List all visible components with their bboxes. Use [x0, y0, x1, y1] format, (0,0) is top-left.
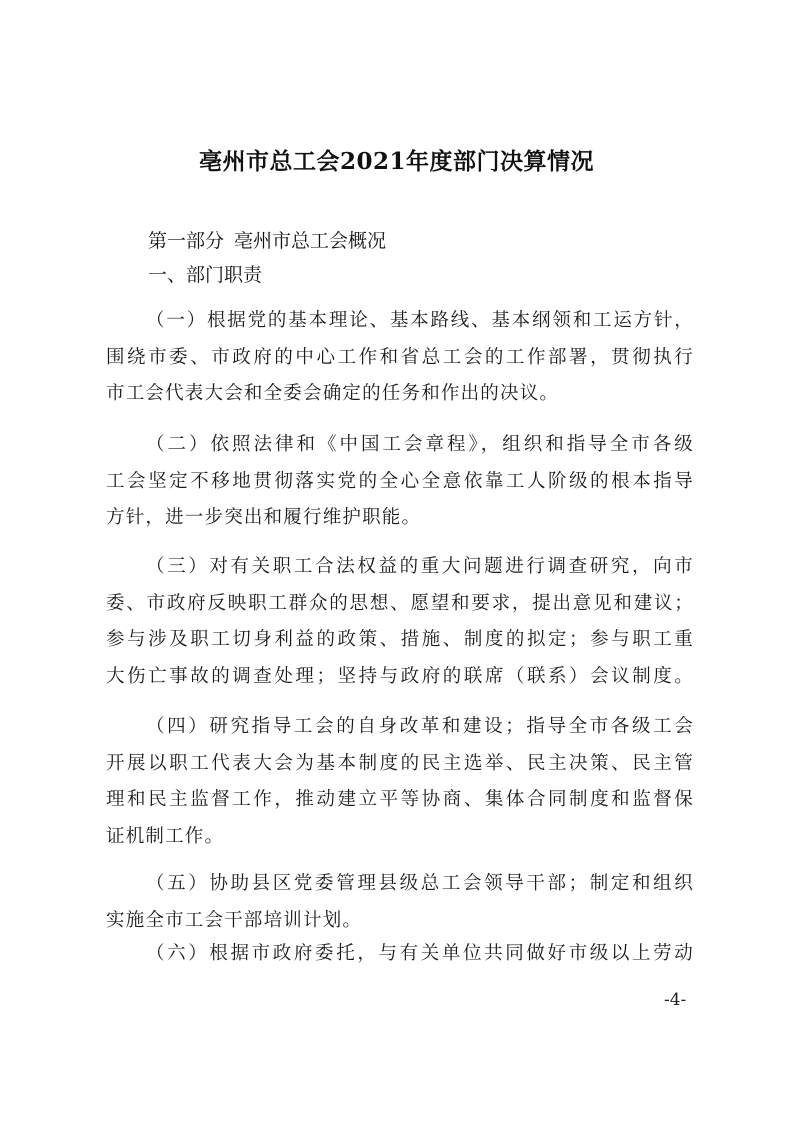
part-name: 亳州市总工会概况 [234, 230, 386, 252]
paragraph-line: （六）根据市政府委托，与有关单位共同做好市级以上劳动 [106, 936, 694, 973]
paragraph-line: 委、市政府反映职工群众的思想、愿望和要求，提出意见和建议； [106, 586, 694, 623]
paragraph-line: 理和民主监督工作，推动建立平等协商、集体合同制度和监督保 [106, 782, 694, 819]
paragraph-duty-4: （四）研究指导工会的自身改革和建设；指导全市各级工会 开展以职工代表大会为基本制… [106, 709, 694, 855]
section-heading: 一、部门职责 [148, 262, 262, 288]
paragraph-line: （四）研究指导工会的自身改革和建设；指导全市各级工会 [106, 709, 694, 746]
paragraph-duty-1: （一）根据党的基本理论、基本路线、基本纲领和工运方针， 围绕市委、市政府的中心工… [106, 303, 694, 413]
paragraph-line: 方针，进一步突出和履行维护职能。 [106, 500, 694, 537]
paragraph-line: 开展以职工代表大会为基本制度的民主选举、民主决策、民主管 [106, 746, 694, 783]
paragraph-line: 大伤亡事故的调查处理；坚持与政府的联席（联系）会议制度。 [106, 659, 694, 696]
part-label: 第一部分 [148, 230, 224, 252]
paragraph-duty-5: （五）协助县区党委管理县级总工会领导干部；制定和组织 实施全市工会干部培训计划。 [106, 866, 694, 939]
part-heading: 第一部分亳州市总工会概况 [148, 228, 386, 254]
paragraph-line: 实施全市工会干部培训计划。 [106, 903, 694, 940]
paragraph-line: （三）对有关职工合法权益的重大问题进行调查研究，向市 [106, 549, 694, 586]
page-number: -4- [664, 990, 686, 1010]
paragraph-duty-2: （二）依照法律和《中国工会章程》，组织和指导全市各级 工会坚定不移地贯彻落实党的… [106, 427, 694, 537]
paragraph-line: 参与涉及职工切身利益的政策、措施、制度的拟定；参与职工重 [106, 622, 694, 659]
paragraph-duty-3: （三）对有关职工合法权益的重大问题进行调查研究，向市 委、市政府反映职工群众的思… [106, 549, 694, 695]
paragraph-duty-6: （六）根据市政府委托，与有关单位共同做好市级以上劳动 [106, 936, 694, 973]
document-title: 亳州市总工会2021年度部门决算情况 [0, 146, 793, 178]
paragraph-line: 工会坚定不移地贯彻落实党的全心全意依靠工人阶级的根本指导 [106, 464, 694, 501]
paragraph-line: （五）协助县区党委管理县级总工会领导干部；制定和组织 [106, 866, 694, 903]
paragraph-line: 证机制工作。 [106, 819, 694, 856]
paragraph-line: （一）根据党的基本理论、基本路线、基本纲领和工运方针， [106, 303, 694, 340]
paragraph-line: 市工会代表大会和全委会确定的任务和作出的决议。 [106, 376, 694, 413]
paragraph-line: 围绕市委、市政府的中心工作和省总工会的工作部署，贯彻执行 [106, 340, 694, 377]
document-page: 亳州市总工会2021年度部门决算情况 第一部分亳州市总工会概况 一、部门职责 （… [0, 0, 793, 1122]
paragraph-line: （二）依照法律和《中国工会章程》，组织和指导全市各级 [106, 427, 694, 464]
